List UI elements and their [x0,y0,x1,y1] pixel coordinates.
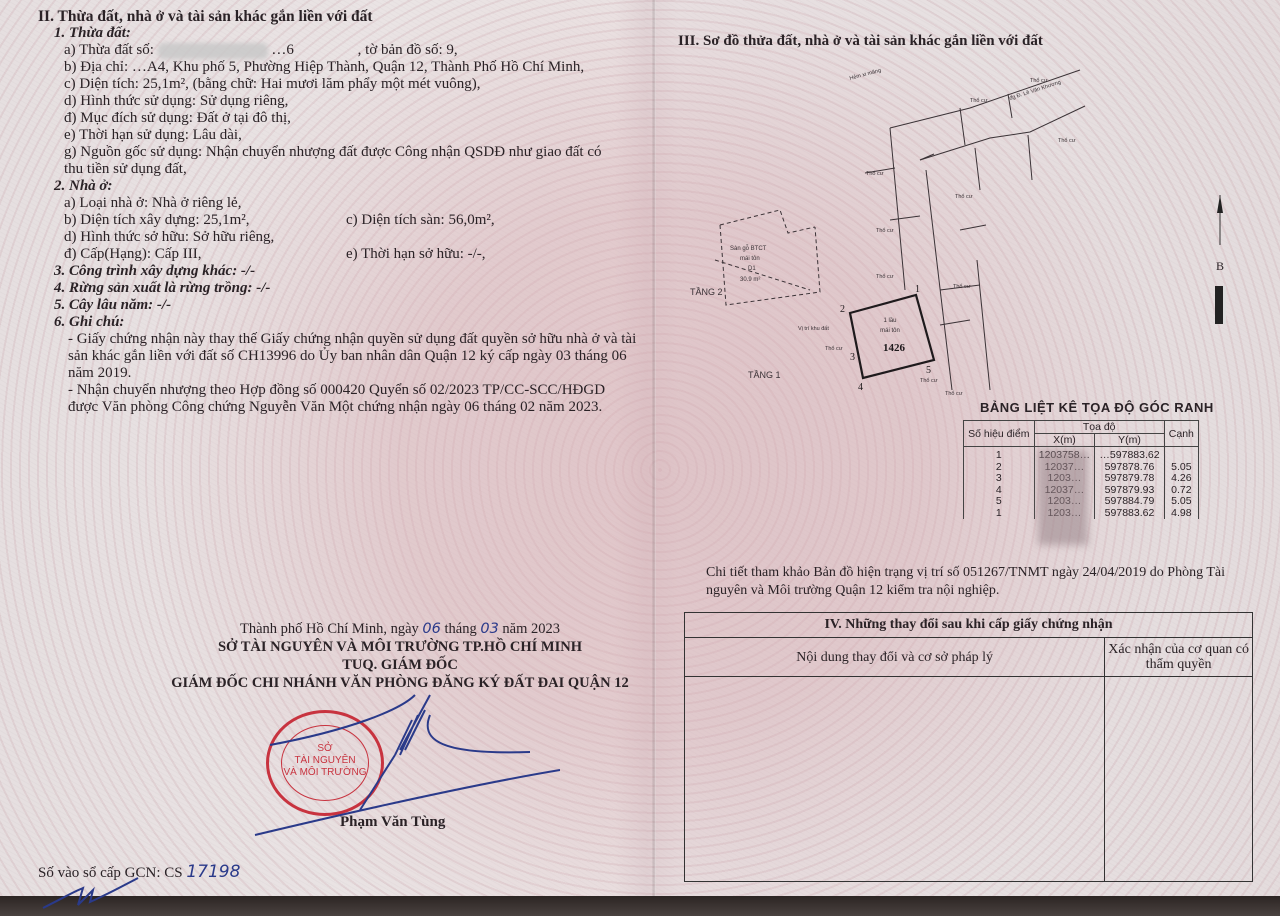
land-heading: 1. Thừa đất: [54,25,638,42]
svg-text:Thổ cư: Thổ cư [1058,137,1076,144]
map-sheet: , tờ bản đồ số: 9, [358,42,458,58]
place-date: Thành phố Hồ Chí Minh, ngày 06 tháng 03 … [150,620,650,638]
changes-col-confirm: Xác nhận của cơ quan có thẩm quyền [1105,638,1253,677]
svg-text:Thổ cư: Thổ cư [866,170,884,177]
coord-cell-y: …597883.62 [1095,447,1164,462]
section-ii-title: II. Thừa đất, nhà ở và tài sản khác gắn … [38,8,638,25]
perennial: 5. Cây lâu năm: -/- [54,297,638,314]
address-label: b) Địa chỉ: [64,59,128,75]
issue-day: 06 [422,621,440,637]
coord-cell-edge: 4.98 [1164,508,1198,520]
register-value: 17198 [186,862,240,882]
svg-text:1: 1 [915,284,920,295]
col-y: Y(m) [1095,434,1164,447]
svg-text:Sàn gỗ BTCT: Sàn gỗ BTCT [730,245,767,252]
svg-text:Thổ cư: Thổ cư [945,390,963,397]
section-iii-title: III. Sơ đồ thửa đất, nhà ở và tài sản kh… [678,33,1043,50]
redaction-blur [1038,450,1088,545]
col-point: Số hiệu điểm [964,421,1035,447]
land-origin-2: thu tiền sử dụng đất, [64,161,638,178]
land-use-form: d) Hình thức sử dụng: Sử dụng riêng, [64,93,638,110]
redacted-parcel [158,43,268,59]
svg-text:Thổ cư: Thổ cư [1030,77,1048,84]
issue-month: 03 [480,621,498,637]
month-label: tháng [445,621,477,637]
signer-name: Phạm Văn Tùng [340,814,445,831]
svg-text:D1: D1 [748,266,756,272]
coord-cell-point: 3 [964,473,1035,485]
svg-text:5: 5 [926,365,931,376]
other-construction: 3. Công trình xây dựng khác: -/- [54,263,638,280]
note-2: - Nhận chuyển nhượng theo Hợp đồng số 00… [68,382,638,416]
notes-heading: 6. Ghi chú: [54,314,638,331]
land-area: c) Diện tích: 25,1m², (bằng chữ: Hai mươ… [64,76,638,93]
house-heading: 2. Nhà ở: [54,178,638,195]
north-arrow-icon [1205,185,1235,255]
svg-text:TẦNG 2: TẦNG 2 [690,287,723,297]
note-1: - Giấy chứng nhận này thay thế Giấy chứn… [68,331,638,382]
svg-text:Thổ cư: Thổ cư [920,377,938,384]
ownership-term: e) Thời hạn sở hữu: -/-, [346,246,486,263]
land-origin-1: g) Nguồn gốc sử dụng: Nhận chuyển nhượng… [64,144,638,161]
initials-mark [38,870,158,910]
address-line: b) Địa chỉ: …A4, Khu phố 5, Phường Hiệp … [64,59,638,76]
changes-table: IV. Những thay đổi sau khi cấp giấy chứn… [684,612,1253,882]
coord-cell-y: 597883.62 [1095,508,1164,520]
col-coords: Tọa độ [1034,421,1164,434]
col-x: X(m) [1034,434,1095,447]
house-grade: đ) Cấp(Hạng): Cấp III, [64,246,346,263]
coord-cell-point: 1 [964,447,1035,462]
svg-text:Thổ cư: Thổ cư [876,273,894,280]
address-value: …A4, Khu phố 5, Phường Hiệp Thành, Quận … [132,59,584,75]
coord-cell-edge: 5.05 [1164,496,1198,508]
parcel-partial: …6 [271,42,294,58]
coord-cell-edge [1164,447,1198,462]
house-ownership: d) Hình thức sở hữu: Sở hữu riêng, [64,229,638,246]
svg-text:Thổ cư: Thổ cư [876,227,894,234]
svg-text:TẦNG 1: TẦNG 1 [748,370,781,380]
svg-text:1 lầu: 1 lầu [883,318,896,324]
svg-text:Thổ cư: Thổ cư [970,97,988,104]
issue-year: năm 2023 [502,621,560,637]
svg-text:1426: 1426 [883,342,906,354]
coord-cell-point: 1 [964,508,1035,520]
coord-cell-edge: 4.26 [1164,473,1198,485]
col-edge: Cạnh [1164,421,1198,447]
parcel-label: a) Thừa đất số: [64,42,154,58]
svg-text:3: 3 [850,352,855,363]
forest: 4. Rừng sản xuất là rừng trồng: -/- [54,280,638,297]
coord-cell-y: 597884.79 [1095,496,1164,508]
house-area-row: b) Diện tích xây dựng: 25,1m², c) Diện t… [64,212,638,229]
svg-text:30.9 m²: 30.9 m² [740,277,760,283]
svg-text:Thổ cư: Thổ cư [825,345,843,352]
parcel-diagram: Sàn gỗ BTCT mái tôn D1 30.9 m² TẦNG 2 TẦ… [690,60,1150,400]
north-label: B [1205,259,1235,274]
svg-text:mái tôn: mái tôn [880,328,900,334]
floor-area: c) Diện tích sàn: 56,0m², [346,212,495,229]
svg-text:Hẻm xi măng: Hẻm xi măng [849,68,882,82]
land-term: e) Thời hạn sử dụng: Lâu dài, [64,127,638,144]
scale-bar-icon [1215,286,1226,324]
left-page: II. Thừa đất, nhà ở và tài sản khác gắn … [38,8,638,416]
changes-col-content: Nội dung thay đổi và cơ sở pháp lý [685,638,1105,677]
agency: SỞ TÀI NGUYÊN VÀ MÔI TRƯỜNG TP.HỒ CHÍ MI… [150,638,650,656]
on-behalf: TUQ. GIÁM ĐỐC [150,656,650,674]
house-grade-row: đ) Cấp(Hạng): Cấp III, e) Thời hạn sở hữ… [64,246,638,263]
changes-confirm-cell [1105,677,1253,882]
svg-text:4: 4 [858,382,863,393]
svg-text:Thổ cư: Thổ cư [955,193,973,200]
page-fold [652,0,656,902]
svg-text:mái tôn: mái tôn [740,256,760,262]
svg-text:Vị trí khu đất: Vị trí khu đất [798,326,829,332]
table-surface [0,896,1280,916]
signature-block: Thành phố Hồ Chí Minh, ngày 06 tháng 03 … [150,620,650,692]
changes-content-cell [685,677,1105,882]
land-purpose: đ) Mục đích sử dụng: Đất ở tại đô thị, [64,110,638,127]
coord-cell-point: 5 [964,496,1035,508]
reference-note: Chi tiết tham khảo Bản đồ hiện trạng vị … [706,564,1246,600]
built-area: b) Diện tích xây dựng: 25,1m², [64,212,346,229]
svg-text:Thổ cư: Thổ cư [953,283,971,290]
svg-text:2: 2 [840,304,845,315]
coord-table-title: BẢNG LIỆT KÊ TỌA ĐỘ GÓC RANH [980,400,1214,415]
place-date-prefix: Thành phố Hồ Chí Minh, ngày [240,621,419,637]
north-arrow: B [1205,185,1235,335]
changes-title: IV. Những thay đổi sau khi cấp giấy chứn… [685,613,1253,638]
parcel-line: a) Thừa đất số: …6 , tờ bản đồ số: 9, [64,42,638,59]
house-type: a) Loại nhà ở: Nhà ở riêng lẻ, [64,195,638,212]
coord-cell-y: 597879.78 [1095,473,1164,485]
